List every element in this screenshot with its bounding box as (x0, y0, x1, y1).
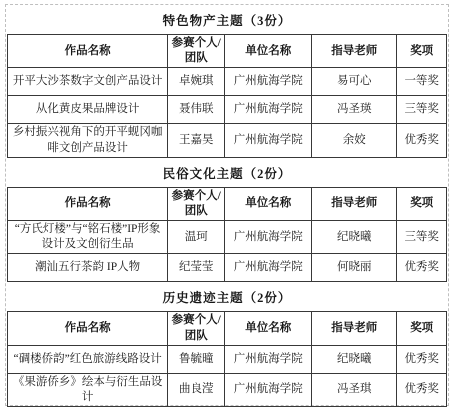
section-title: 民俗文化主题（2份） (7, 158, 447, 187)
col-header-unit: 单位名称 (225, 35, 312, 68)
cell-work: “方氏灯楼”与“铭石楼”IP形象设计及文创衍生品 (8, 221, 168, 254)
cell-award: 三等奖 (397, 221, 447, 254)
table-row: 开平大沙茶数字文创产品设计 卓婉琪 广州航海学院 易可心 一等奖 (8, 68, 447, 96)
cell-unit: 广州航海学院 (225, 68, 312, 96)
col-header-award: 奖项 (397, 312, 447, 345)
cell-work: 开平大沙茶数字文创产品设计 (8, 68, 168, 96)
table-header-row: 作品名称 参赛个人/团队 单位名称 指导老师 奖项 (8, 187, 447, 220)
col-header-team: 参赛个人/团队 (168, 187, 225, 220)
cell-award: 优秀奖 (397, 345, 447, 373)
col-header-unit: 单位名称 (225, 312, 312, 345)
col-header-team: 参赛个人/团队 (168, 312, 225, 345)
col-header-work: 作品名称 (8, 187, 168, 220)
section-title: 历史遗迹主题（2份） (7, 282, 447, 311)
cell-unit: 广州航海学院 (225, 373, 312, 406)
cell-work: 《果游侨乡》绘本与衍生品设计 (8, 373, 168, 406)
cell-work: 乡村振兴视角下的开平蚬冈咖啡文创产品设计 (8, 124, 168, 157)
cell-award: 三等奖 (397, 96, 447, 124)
table-header-row: 作品名称 参赛个人/团队 单位名称 指导老师 奖项 (8, 35, 447, 68)
cell-teacher: 纪晓曦 (312, 221, 397, 254)
table-row: “碉楼侨韵”红色旅游线路设计 鲁毓曈 广州航海学院 纪晓曦 优秀奖 (8, 345, 447, 373)
table-row: 乡村振兴视角下的开平蚬冈咖啡文创产品设计 王嘉昊 广州航海学院 余姣 优秀奖 (8, 124, 447, 157)
col-header-team: 参赛个人/团队 (168, 35, 225, 68)
cell-unit: 广州航海学院 (225, 221, 312, 254)
section-title: 特色物产主题（3份） (7, 5, 447, 34)
cell-participant: 聂伟联 (168, 96, 225, 124)
document-frame: 特色物产主题（3份） 作品名称 参赛个人/团队 单位名称 指导老师 奖项 开平大… (5, 4, 449, 406)
cell-award: 优秀奖 (397, 254, 447, 282)
cell-award: 优秀奖 (397, 124, 447, 157)
col-header-award: 奖项 (397, 187, 447, 220)
cell-unit: 广州航海学院 (225, 254, 312, 282)
document-page: 特色物产主题（3份） 作品名称 参赛个人/团队 单位名称 指导老师 奖项 开平大… (0, 0, 454, 410)
cell-award: 优秀奖 (397, 373, 447, 406)
awards-table: 作品名称 参赛个人/团队 单位名称 指导老师 奖项 开平大沙茶数字文创产品设计 … (7, 34, 447, 158)
awards-table: 作品名称 参赛个人/团队 单位名称 指导老师 奖项 “方氏灯楼”与“铭石楼”IP… (7, 187, 447, 283)
cell-participant: 鲁毓曈 (168, 345, 225, 373)
cell-work: 潮汕五行茶韵 IP人物 (8, 254, 168, 282)
table-row: 《果游侨乡》绘本与衍生品设计 曲良滢 广州航海学院 冯圣琪 优秀奖 (8, 373, 447, 406)
awards-table: 作品名称 参赛个人/团队 单位名称 指导老师 奖项 “碉楼侨韵”红色旅游线路设计… (7, 311, 447, 407)
table-row: “方氏灯楼”与“铭石楼”IP形象设计及文创衍生品 温珂 广州航海学院 纪晓曦 三… (8, 221, 447, 254)
col-header-award: 奖项 (397, 35, 447, 68)
cell-unit: 广州航海学院 (225, 96, 312, 124)
section-historic-sites: 历史遗迹主题（2份） 作品名称 参赛个人/团队 单位名称 指导老师 奖项 “碉楼… (7, 282, 447, 407)
cell-teacher: 纪晓曦 (312, 345, 397, 373)
cell-teacher: 何晓丽 (312, 254, 397, 282)
cell-participant: 王嘉昊 (168, 124, 225, 157)
cell-participant: 卓婉琪 (168, 68, 225, 96)
col-header-work: 作品名称 (8, 35, 168, 68)
cell-teacher: 余姣 (312, 124, 397, 157)
table-row: 从化黄皮果品牌设计 聂伟联 广州航海学院 冯圣瑛 三等奖 (8, 96, 447, 124)
section-special-products: 特色物产主题（3份） 作品名称 参赛个人/团队 单位名称 指导老师 奖项 开平大… (7, 5, 447, 158)
cell-teacher: 冯圣瑛 (312, 96, 397, 124)
cell-participant: 温珂 (168, 221, 225, 254)
cell-teacher: 冯圣琪 (312, 373, 397, 406)
col-header-teacher: 指导老师 (312, 35, 397, 68)
table-header-row: 作品名称 参赛个人/团队 单位名称 指导老师 奖项 (8, 312, 447, 345)
col-header-teacher: 指导老师 (312, 187, 397, 220)
cell-participant: 纪莹莹 (168, 254, 225, 282)
table-row: 潮汕五行茶韵 IP人物 纪莹莹 广州航海学院 何晓丽 优秀奖 (8, 254, 447, 282)
cell-teacher: 易可心 (312, 68, 397, 96)
cell-participant: 曲良滢 (168, 373, 225, 406)
col-header-work: 作品名称 (8, 312, 168, 345)
cell-award: 一等奖 (397, 68, 447, 96)
section-folk-culture: 民俗文化主题（2份） 作品名称 参赛个人/团队 单位名称 指导老师 奖项 “方氏… (7, 158, 447, 283)
cell-work: “碉楼侨韵”红色旅游线路设计 (8, 345, 168, 373)
cell-unit: 广州航海学院 (225, 345, 312, 373)
cell-work: 从化黄皮果品牌设计 (8, 96, 168, 124)
col-header-teacher: 指导老师 (312, 312, 397, 345)
col-header-unit: 单位名称 (225, 187, 312, 220)
cell-unit: 广州航海学院 (225, 124, 312, 157)
